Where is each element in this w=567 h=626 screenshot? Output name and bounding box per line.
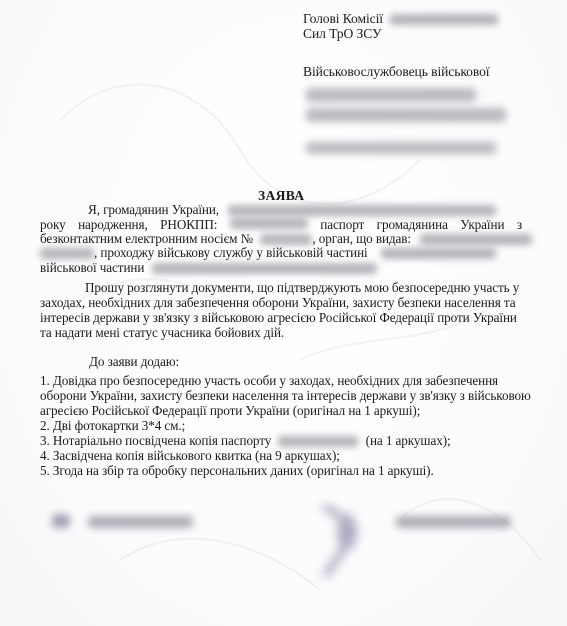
intro-text: Я, громадянин України, [88,202,219,217]
header-line-addressee: Голові Комісії [303,12,498,26]
redacted-unit-details [152,263,377,274]
signature-icon [315,500,375,580]
header-line-forces: Сил ТрО ЗСУ [303,27,382,41]
document-page: Голові Комісії Сил ТрО ЗСУ Військовослуж… [0,0,567,626]
redacted-date [88,516,193,528]
redacted-military-unit [381,248,496,259]
attachment-3-text: 3. Нотаріально посвідчена копія паспорту [40,433,271,448]
document-title: ЗАЯВА [258,189,304,203]
attachment-5: 5. Згода на збір та обробку персональних… [40,464,434,478]
intro-line-3: безконтактним електронним носієм № , орг… [40,232,532,246]
request-line-3: інтересів держави у зв'язку з військовою… [40,311,517,325]
attachment-2: 2. Дві фотокартки 3*4 см.; [40,419,185,433]
intro-line-4: , проходжу військову службу у військовій… [40,246,496,260]
redacted-signatory-name [396,516,511,528]
attachments-heading: До заяви додаю: [89,355,179,369]
service-text: , проходжу військову службу у військовій… [94,245,368,260]
passport-label: безконтактним електронним носієм № [40,231,253,246]
redacted-header-block-1 [306,88,476,102]
redacted-passport-number [260,234,312,245]
word: з [517,218,522,232]
redacted-issue-date [40,248,94,259]
attachment-4: 4. Засвідчена копія військового квитка (… [40,449,340,463]
redacted-commission-name [390,14,498,25]
word: року [40,218,66,232]
redacted-issuing-authority [420,234,532,245]
request-line-4: та надати мені статус учасника бойових д… [40,326,284,340]
redacted-header-block-3 [306,142,496,154]
attachment-1-line-2: оборони України, захисту безпеки населен… [40,389,531,403]
word: громадянина [377,218,448,232]
request-line-1: Прошу розглянути документи, що підтвердж… [85,281,519,295]
redacted-passport-id [278,436,358,447]
redacted-full-name-birthdate [228,205,496,216]
attachment-3-pages: (на 1 аркушах); [366,433,451,448]
issuer-label: , орган, що видав: [312,231,411,246]
header-line-serviceman: Військовослужбовець військової [303,65,489,79]
word: паспорт [320,218,364,232]
attachment-3: 3. Нотаріально посвідчена копія паспорту… [40,434,451,448]
attachment-1-line-3: агресією Російської Федерації проти Укра… [40,404,420,418]
intro-line-5: військової частини [40,261,377,275]
request-line-2: заходах, необхідних для забезпечення обо… [40,296,515,310]
word: РНОКПП: [160,218,217,232]
word: України [460,218,504,232]
redacted-header-block-2 [306,108,506,122]
header-addressee-text: Голові Комісії [303,11,383,26]
word: народження, [78,218,148,232]
redacted-date-mark [52,514,70,528]
intro-line-2: року народження, РНОКПП: паспорт громадя… [40,218,522,232]
redacted-tax-id [230,218,308,229]
attachment-1-line-1: 1. Довідка про безпосередню участь особи… [40,374,498,388]
intro-line-1: Я, громадянин України, [88,203,496,217]
unit-label: військової частини [40,260,144,275]
